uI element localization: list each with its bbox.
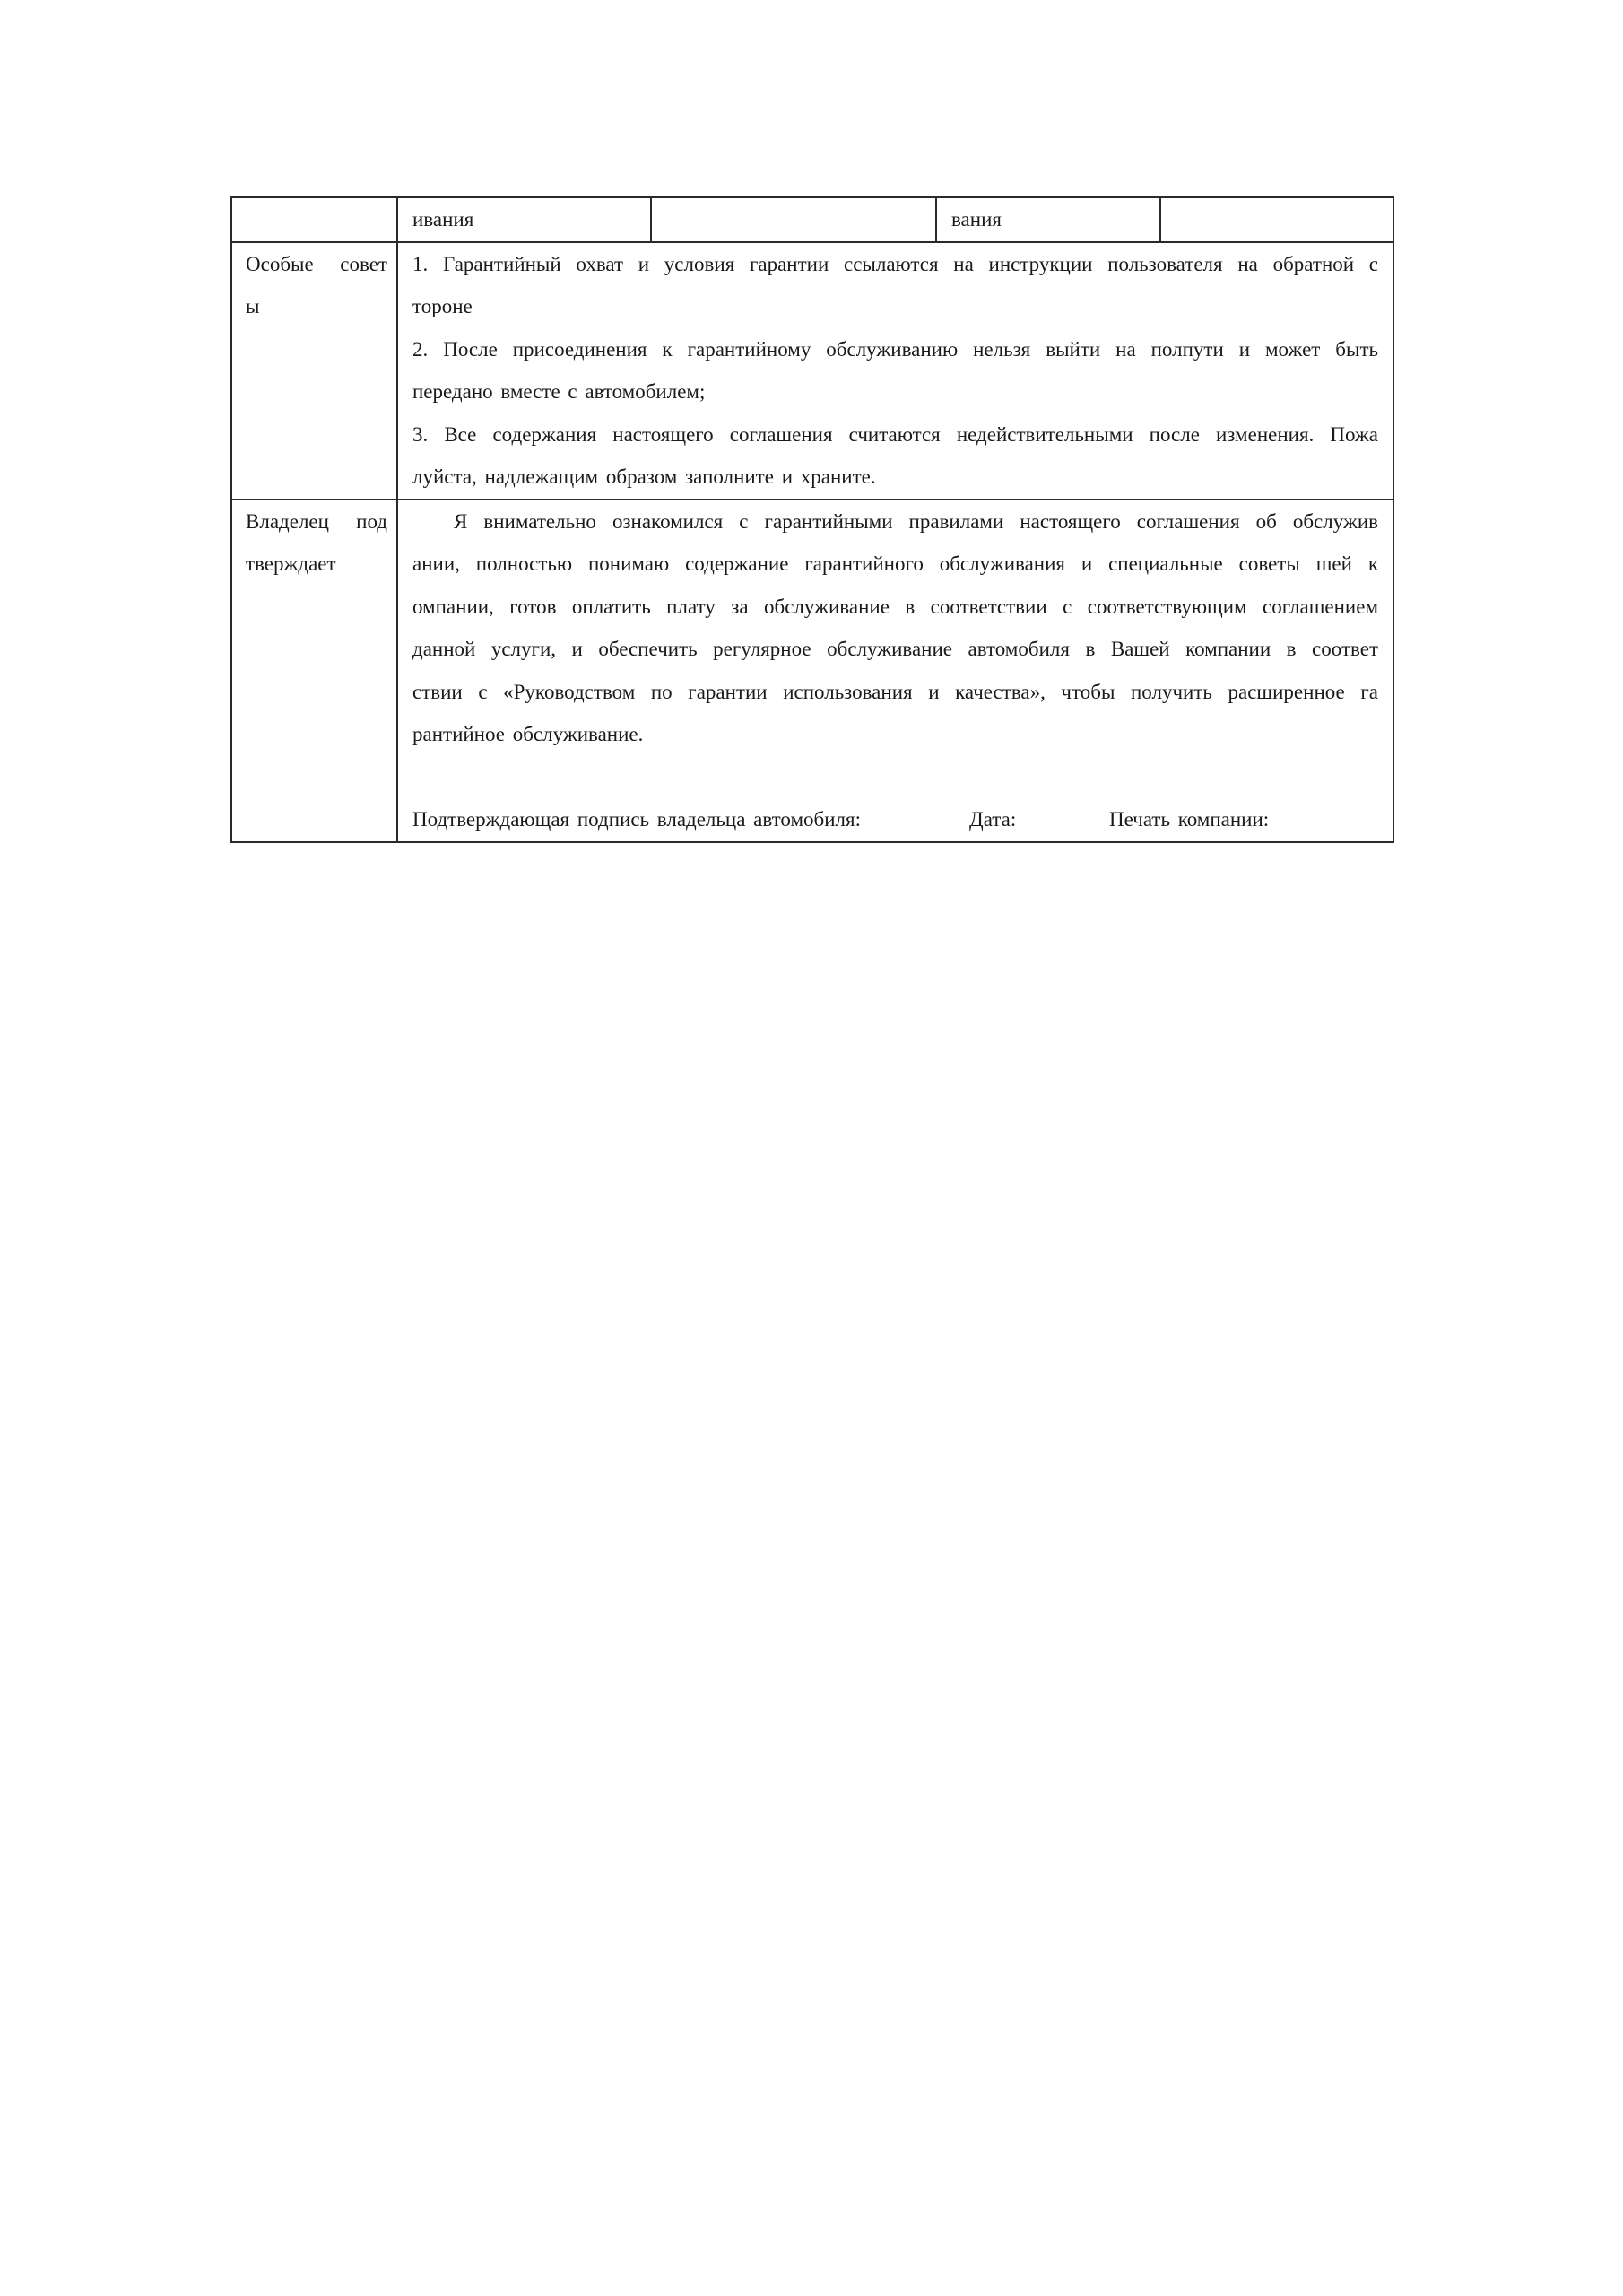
table-cell-field-value-1 <box>651 197 936 242</box>
confirmation-line: ании, полностью понимаю содержание гаран… <box>412 543 1378 586</box>
spacer <box>412 756 1378 799</box>
table-row-special-notes: Особые совет ы 1. Гарантийный охват и ус… <box>231 242 1393 500</box>
note-line: 3. Все содержания настоящего соглашения … <box>412 413 1378 457</box>
owner-signature-field[interactable]: Подтверждающая подпись владельца автомоб… <box>412 798 969 841</box>
owner-confirms-label-line: тверждает <box>246 543 387 586</box>
special-notes-label-line: Особые совет <box>246 243 387 286</box>
warranty-agreement-table: ивания вания Особые совет ы 1. Гарантийн… <box>230 196 1394 843</box>
table-cell-field-label-2: вания <box>936 197 1160 242</box>
owner-confirms-label-line: Владелец под <box>246 500 387 544</box>
table-row-continued-header: ивания вания <box>231 197 1393 242</box>
special-notes-label: Особые совет ы <box>231 242 397 500</box>
table-cell-empty-label <box>231 197 397 242</box>
confirmation-line: Я внимательно ознакомился с гарантийными… <box>412 500 1378 544</box>
table-row-owner-confirms: Владелец под тверждает Я внимательно озн… <box>231 500 1393 842</box>
confirmation-line: омпании, готов оплатить плату за обслужи… <box>412 586 1378 629</box>
owner-confirms-content: Я внимательно ознакомился с гарантийными… <box>397 500 1393 842</box>
table-cell-field-value-2 <box>1160 197 1393 242</box>
note-line: луйста, надлежащим образом заполните и х… <box>412 456 1378 499</box>
confirmation-line: ствии с «Руководством по гарантии исполь… <box>412 671 1378 714</box>
confirmation-line: рантийное обслуживание. <box>412 713 1378 756</box>
note-line: 1. Гарантийный охват и условия гарантии … <box>412 243 1378 286</box>
note-line: 2. После присоединения к гарантийному об… <box>412 328 1378 371</box>
note-line: передано вместе с автомобилем; <box>412 370 1378 413</box>
confirmation-line: данной услуги, и обеспечить регулярное о… <box>412 628 1378 671</box>
special-notes-content: 1. Гарантийный охват и условия гарантии … <box>397 242 1393 500</box>
signature-line: Подтверждающая подпись владельца автомоб… <box>412 798 1378 841</box>
table-cell-field-label-1: ивания <box>397 197 651 242</box>
owner-confirms-label: Владелец под тверждает <box>231 500 397 842</box>
document-page: ивания вания Особые совет ы 1. Гарантийн… <box>0 0 1623 2296</box>
date-field[interactable]: Дата: <box>969 798 1109 841</box>
company-seal-field[interactable]: Печать компании: <box>1109 798 1269 841</box>
special-notes-label-line: ы <box>246 285 387 328</box>
note-line: тороне <box>412 285 1378 328</box>
